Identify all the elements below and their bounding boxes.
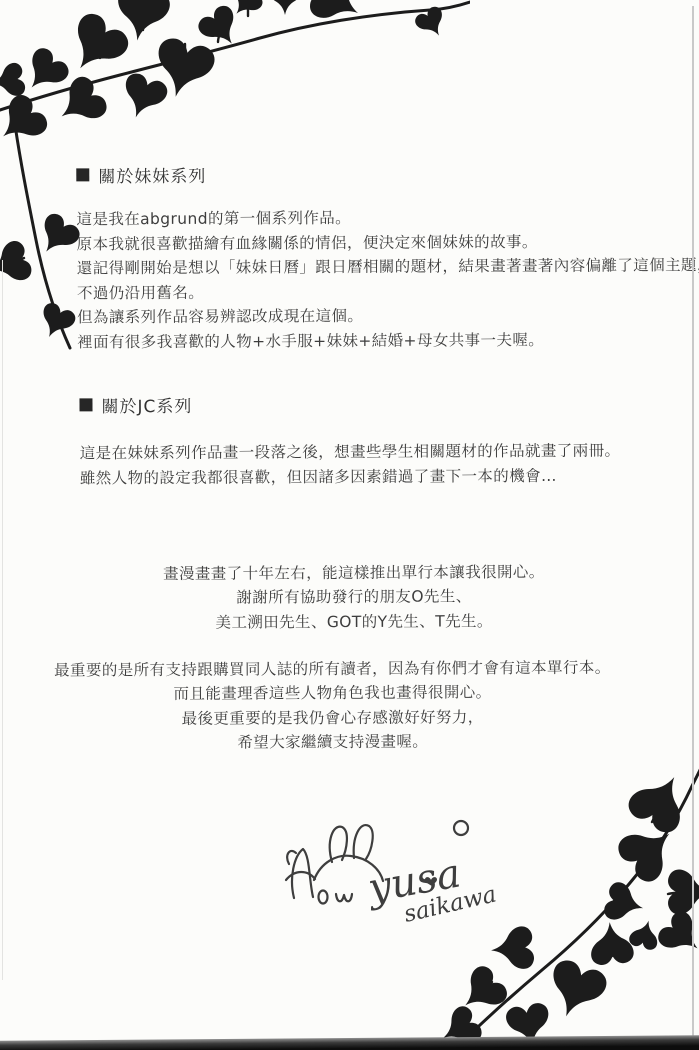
- text-line: 原本我就很喜歡描繪有血緣關係的情侶，便決定來個妹妹的故事。: [77, 229, 699, 257]
- signature-letter-doodle: [286, 849, 315, 898]
- text-line: 這是在妹妹系列作品畫一段落之後，想畫些學生相關題材的作品就畫了兩冊。: [80, 439, 621, 466]
- text-line: 美工溯田先生、GOT的Y先生、T先生。: [5, 608, 699, 636]
- text-line: 最重要的是所有支持跟購買同人誌的所有讀者，因為有你們才會有這本單行本。: [0, 655, 682, 683]
- section-title: 關於JC系列: [101, 392, 192, 417]
- readers-paragraph: 最重要的是所有支持跟購買同人誌的所有讀者，因為有你們才會有這本單行本。 而且能畫…: [0, 655, 682, 756]
- text-line: 這是我在abgrund的第一個系列作品。: [76, 204, 699, 232]
- section-header-imouto-series: 關於妹妹系列: [76, 162, 206, 188]
- thanks-paragraph: 畫漫畫畫了十年左右，能這樣推出單行本讓我很開心。 謝謝所有協助發行的朋友O先生、…: [4, 559, 699, 636]
- square-bullet-icon: [76, 168, 89, 181]
- square-bullet-icon: [79, 398, 92, 411]
- artist-signature: yusa saikawa: [276, 798, 556, 948]
- scan-edge-left: [2, 260, 3, 980]
- text-line: 但為讓系列作品容易辨認改成現在這個。: [77, 302, 699, 330]
- text-line: 最後更重要的是我仍會心存感激好好努力，: [0, 704, 682, 732]
- section-body-jc-series: 這是在妹妹系列作品畫一段落之後，想畫些學生相關題材的作品就畫了兩冊。 雖然人物的…: [80, 439, 621, 491]
- section-header-jc-series: 關於JC系列: [79, 392, 192, 418]
- text-line: 裡面有很多我喜歡的人物+水手服+妹妹+結婚+母女共事一夫喔。: [77, 327, 699, 355]
- text-line: 不過仍沿用舊名。: [77, 278, 699, 306]
- text-line: 而且能畫理香這些人物角色我也畫得很開心。: [0, 680, 682, 708]
- section-body-imouto-series: 這是我在abgrund的第一個系列作品。 原本我就很喜歡描繪有血緣關係的情侶，便…: [76, 204, 699, 355]
- text-line: 希望大家繼續支持漫畫喔。: [0, 728, 682, 756]
- section-title: 關於妹妹系列: [98, 162, 206, 188]
- text-line: 還記得剛開始是想以「妹妹日曆」跟日曆相關的題材，結果畫著畫著內容偏離了這個主題，: [77, 253, 699, 281]
- scan-edge-right: [692, 6, 694, 1042]
- signature-ring-flourish: [454, 821, 468, 835]
- text-line: 雖然人物的設定我都很喜歡，但因諸多因素錯過了畫下一本的機會…: [80, 463, 621, 490]
- scanned-page: 關於妹妹系列 這是我在abgrund的第一個系列作品。 原本我就很喜歡描繪有血緣…: [0, 0, 699, 1050]
- text-line: 畫漫畫畫了十年左右，能這樣推出單行本讓我很開心。: [4, 559, 699, 587]
- text-line: 謝謝所有協助發行的朋友O先生、: [4, 584, 699, 612]
